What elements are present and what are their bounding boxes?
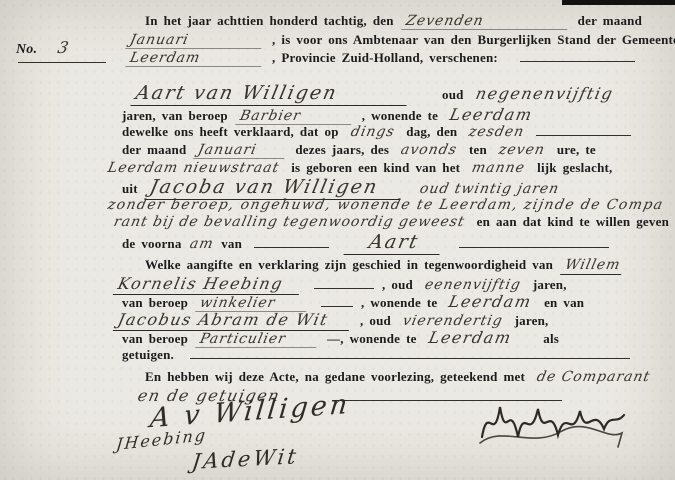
wonende-te-text: , wonende te	[362, 108, 438, 123]
oud-text: oud	[442, 87, 464, 102]
intro-der-maand: der maand	[578, 13, 642, 28]
child-name-line: de voorna am van Aart	[122, 231, 617, 255]
w1-oud-text: , oud	[382, 277, 413, 292]
blank-rule	[459, 235, 609, 248]
birth-month-handwritten: Januari	[194, 142, 289, 159]
intro-line-2: Januari , is voor ons Ambtenaar van den …	[122, 31, 675, 49]
intro-line-1: In het jaar achttien honderd tachtig, de…	[145, 12, 642, 30]
declarant-line-1: Aart van Willigen oud negenenvijftig	[128, 82, 621, 106]
witnesses-line-1: Welke aangifte en verklaring zijn geschi…	[145, 256, 628, 275]
als-text: als	[543, 331, 559, 346]
dash-rule	[314, 279, 374, 289]
van-text: van	[221, 236, 242, 251]
hour-handwritten: zeven	[494, 142, 549, 158]
declarant-name-handwritten: Aart van Willigen	[130, 82, 411, 106]
blank-rule	[520, 49, 635, 62]
child-name-handwritten: Aart	[343, 231, 444, 255]
mother-line-2: zonder beroep, ongehuwd, wonende te Leer…	[100, 196, 671, 214]
jaren-beroep-text: jaren, van beroep	[122, 108, 228, 123]
declarant-age-handwritten: negenenvijftig	[471, 84, 618, 103]
uit-text: uit	[122, 181, 138, 196]
mother-age-handwritten: oud twintig jaren	[415, 181, 564, 197]
blank-rule	[190, 346, 630, 359]
blank-rule	[536, 123, 631, 136]
witness1-age-handwritten: eenenvijftig	[420, 277, 525, 293]
intro-ambtenaar-text: , is voor ons Ambtenaar van den Burgerli…	[272, 32, 675, 47]
weekday-handwritten: dings	[346, 124, 399, 140]
geslacht-text: lijk geslacht,	[537, 160, 612, 175]
daypart-handwritten: avonds	[396, 142, 461, 158]
w1-wonende-text: , wonende te	[361, 295, 437, 310]
en-van-text: en van	[544, 295, 584, 310]
dag-den-text: dag, den	[406, 124, 457, 139]
act-number-underline	[18, 50, 106, 63]
w1-beroep-text: van beroep	[122, 295, 188, 310]
voornaam-suffix-handwritten: am	[185, 236, 218, 252]
tegenwoordigheid-text: Welke aangifte en verklaring zijn geschi…	[145, 257, 553, 272]
w2-beroep-text: van beroep	[122, 331, 188, 346]
day-handwritten: Zevenden	[401, 13, 571, 30]
intro-year-text: In het jaar achttien honderd tachtig, de…	[145, 13, 394, 28]
voorlezing-text: En hebben wij deze Acte, na gedane voorl…	[145, 369, 525, 384]
gender-handwritten: manne	[468, 160, 530, 176]
witness1-firstname-handwritten: Willem	[560, 257, 625, 275]
blank-rule	[254, 235, 329, 248]
verklaard-text: dewelke ons heeft verklaard, dat op	[122, 124, 339, 139]
w2-oud-text: , oud	[360, 313, 391, 328]
witnesses-line-6: getuigen.	[122, 346, 630, 364]
intro-line-3: Leerdam , Provincie Zuid-Holland, versch…	[122, 49, 635, 67]
dezes-jaars-text: dezes jaars, des	[295, 142, 389, 157]
witness2-signature: JAdeWit	[191, 444, 301, 474]
ure-te-text: ure, te	[557, 142, 596, 157]
declaration-line-2: der maand Januari dezes jaars, des avond…	[122, 141, 596, 159]
kind-geven-text: en aan dat kind te willen geven	[477, 214, 669, 229]
birth-certificate-scan: No. 3 In het jaar achttien honderd tacht…	[0, 0, 675, 480]
der-maand-text: der maand	[122, 142, 186, 157]
ten-text: ten	[469, 142, 487, 157]
month-handwritten: Januari	[125, 32, 265, 49]
witnesses-line-5: van beroep Particulier —, wonende te Lee…	[122, 328, 559, 348]
closing-line-1: En hebben wij deze Acte, na gedane voorl…	[145, 368, 658, 386]
scan-artifact-bar	[562, 0, 675, 5]
witness2-residence-handwritten: Leerdam	[424, 328, 517, 347]
dash-rule	[321, 297, 353, 307]
getuigen-text: getuigen.	[122, 347, 174, 362]
declarant-line-2: jaren, van beroep Barbier , wonende te L…	[122, 105, 541, 125]
comparant-handwritten: de Comparant	[532, 369, 655, 385]
geboren-kind-text: is geboren een kind van het	[291, 160, 460, 175]
intro-provincie-text: , Provincie Zuid-Holland, verschenen:	[272, 50, 498, 65]
registrar-signature-scribble	[472, 385, 632, 460]
birthplace-handwritten: Leerdam nieuwstraat	[103, 160, 284, 176]
declaration-line-1: dewelke ons heeft verklaard, dat op ding…	[122, 123, 631, 141]
declaration-line-3: Leerdam nieuwstraat is geboren een kind …	[100, 159, 613, 177]
mother-details2-handwritten: rant bij de bevalling tegenwoordig gewee…	[109, 214, 469, 230]
birthday-handwritten: zesden	[465, 124, 530, 140]
w1-jaren-text: jaren,	[533, 277, 567, 292]
w2-jaren-text: jaren,	[515, 313, 549, 328]
voorna-text: de voorna	[122, 236, 182, 251]
municipality-handwritten: Leerdam	[125, 50, 265, 67]
witnesses-line-3: van beroep winkelier , wonende te Leerda…	[122, 292, 584, 312]
mother-line-3: rant bij de bevalling tegenwoordig gewee…	[106, 213, 669, 231]
witness2-age-handwritten: vierendertig	[398, 313, 507, 329]
witness1-residence-handwritten: Leerdam	[444, 292, 537, 311]
w2-wonende-text: —, wonende te	[327, 331, 417, 346]
mother-details-handwritten: zonder beroep, ongehuwd, wonende te Leer…	[103, 197, 668, 213]
declarant-residence-handwritten: Leerdam	[445, 105, 538, 124]
